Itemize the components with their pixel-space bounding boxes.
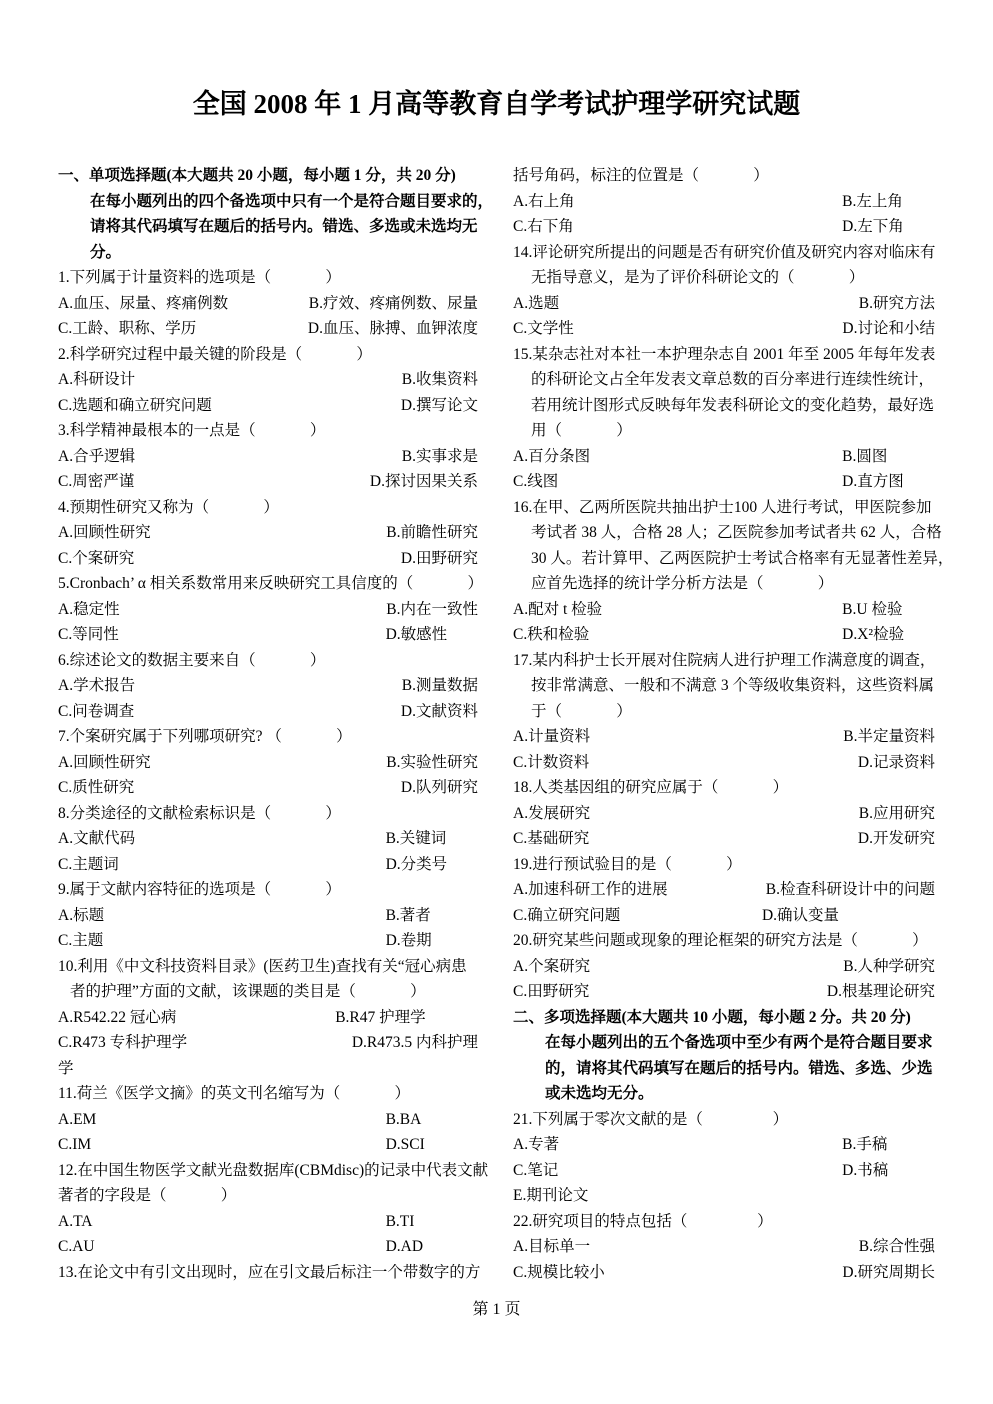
option-b: D.探讨因果关系 — [370, 469, 478, 495]
option-b: D.根基理论研究 — [827, 979, 935, 1005]
option-b: D.确认变量 — [762, 903, 839, 929]
option-a: C.AU — [58, 1234, 95, 1260]
question-stem: 9.属于文献内容特征的选项是（ ） — [58, 877, 478, 903]
option-row: C.R473 专科护理学D.R473.5 内科护理 — [58, 1030, 478, 1056]
instruction-line: 分。 — [58, 240, 478, 266]
question-stem: 5.Cronbach’ α 相关系数常用来反映研究工具信度的（ ） — [58, 571, 478, 597]
option-a: A.目标单一 — [513, 1234, 590, 1260]
question-continuation: 括号角码，标注的位置是（ ） — [513, 163, 935, 189]
option-b: B.应用研究 — [859, 801, 935, 827]
option-row: A.目标单一B.综合性强 — [513, 1234, 935, 1260]
option-row: C.基础研究D.开发研究 — [513, 826, 935, 852]
question-stem: 1.下列属于计量资料的选项是（ ） — [58, 265, 478, 291]
option-b: D.左下角 — [842, 214, 904, 240]
option-b: B.实验性研究 — [386, 750, 478, 776]
option-row: A.R542.22 冠心病B.R47 护理学 — [58, 1005, 478, 1031]
question-continuation: 于（ ） — [513, 699, 935, 725]
option-b: D.血压、脉搏、血钾浓度 — [308, 316, 478, 342]
option-a: C.文学性 — [513, 316, 574, 342]
option-b: B.圆图 — [842, 444, 887, 470]
question-stem: 13.在论文中有引文出现时，应在引文最后标注一个带数字的方 — [58, 1260, 478, 1286]
question-continuation: 者的护理”方面的文献，该课题的类目是（ ） — [58, 979, 478, 1005]
option-a: A.加速科研工作的进展 — [513, 877, 668, 903]
instruction-line: 或未选均无分。 — [513, 1081, 935, 1107]
option-row: C.质性研究D.队列研究 — [58, 775, 478, 801]
question-stem: 2.科学研究过程中最关键的阶段是（ ） — [58, 342, 478, 368]
option-b: B.U 检验 — [842, 597, 902, 623]
question-continuation: 著者的字段是（ ） — [58, 1183, 478, 1209]
option-row: C.周密严谨D.探讨因果关系 — [58, 469, 478, 495]
question-continuation: 若用统计图形式反映每年发表科研论文的变化趋势，最好选 — [513, 393, 935, 419]
question-stem: 19.进行预试验目的是（ ） — [513, 852, 935, 878]
option-a: C.问卷调查 — [58, 699, 134, 725]
option-b: B.手稿 — [842, 1132, 887, 1158]
option-a: C.选题和确立研究问题 — [58, 393, 212, 419]
question-stem: 10.利用《中文科技资料目录》(医药卫生)查找有关“冠心病患 — [58, 954, 478, 980]
option-a: A.配对 t 检验 — [513, 597, 602, 623]
option-a: C.计数资料 — [513, 750, 589, 776]
option-row: C.等同性D.敏感性 — [58, 622, 478, 648]
option-row: A.科研设计B.收集资料 — [58, 367, 478, 393]
option-b: D.撰写论文 — [401, 393, 478, 419]
option-a: A.EM — [58, 1107, 96, 1133]
question-stem: 20.研究某些问题或现象的理论框架的研究方法是（ ） — [513, 928, 935, 954]
option-b: D.分类号 — [386, 852, 448, 878]
question-stem: 21.下列属于零次文献的是（ ） — [513, 1107, 935, 1133]
option-a: A.合乎逻辑 — [58, 444, 135, 470]
question-stem: 6.综述论文的数据主要来自（ ） — [58, 648, 478, 674]
option-a: C.质性研究 — [58, 775, 134, 801]
option-row: C.AUD.AD — [58, 1234, 478, 1260]
option-a: A.右上角 — [513, 189, 575, 215]
option-row: A.EMB.BA — [58, 1107, 478, 1133]
option-a: C.R473 专科护理学 — [58, 1030, 187, 1056]
option-row: C.秩和检验D.X²检验 — [513, 622, 935, 648]
option-b: B.疗效、疼痛例数、尿量 — [309, 291, 478, 317]
option-a: A.百分条图 — [513, 444, 590, 470]
question-continuation: 用（ ） — [513, 418, 935, 444]
option-b: B.前瞻性研究 — [386, 520, 478, 546]
option-b: D.开发研究 — [858, 826, 935, 852]
option-row: A.计量资料B.半定量资料 — [513, 724, 935, 750]
section-header: 二、多项选择题(本大题共 10 小题，每小题 2 分。共 20 分) — [513, 1005, 935, 1031]
option-a: A.血压、尿量、疼痛例数 — [58, 291, 228, 317]
option-b: D.直方图 — [842, 469, 904, 495]
option-b: D.SCI — [386, 1132, 425, 1158]
page-number: 第 1 页 — [0, 1296, 993, 1319]
option-a: A.选题 — [513, 291, 559, 317]
option-row: C.主题D.卷期 — [58, 928, 478, 954]
question-stem: 16.在甲、乙两所医院共抽出护士100 人进行考试，甲医院参加 — [513, 495, 935, 521]
instruction-line: 在每小题列出的五个备选项中至少有两个是符合题目要求 — [513, 1030, 935, 1056]
option-row: A.个案研究B.人种学研究 — [513, 954, 935, 980]
option-row: C.文学性D.讨论和小结 — [513, 316, 935, 342]
option-row: A.配对 t 检验B.U 检验 — [513, 597, 935, 623]
question-continuation: 按非常满意、一般和不满意 3 个等级收集资料，这些资料属 — [513, 673, 935, 699]
option-row: C.选题和确立研究问题D.撰写论文 — [58, 393, 478, 419]
option-a: C.田野研究 — [513, 979, 589, 1005]
option-b: D.X²检验 — [842, 622, 904, 648]
question-stem: 12.在中国生物医学文献光盘数据库(CBMdisc)的记录中代表文献 — [58, 1158, 478, 1184]
option-a: C.秩和检验 — [513, 622, 589, 648]
option-a: A.专著 — [513, 1132, 559, 1158]
option-b: B.人种学研究 — [843, 954, 935, 980]
option-b: D.AD — [386, 1234, 423, 1260]
option-a: A.回顾性研究 — [58, 750, 151, 776]
option-a: C.周密严谨 — [58, 469, 134, 495]
option-b: D.敏感性 — [386, 622, 448, 648]
option-row: C.田野研究D.根基理论研究 — [513, 979, 935, 1005]
option-a: C.基础研究 — [513, 826, 589, 852]
option-row: C.IMD.SCI — [58, 1132, 478, 1158]
option-a: A.回顾性研究 — [58, 520, 151, 546]
option-row: C.线图D.直方图 — [513, 469, 935, 495]
question-stem: 22.研究项目的特点包括（ ） — [513, 1209, 935, 1235]
option-a: A.学术报告 — [58, 673, 135, 699]
option-a: C.笔记 — [513, 1158, 558, 1184]
instruction-line: 的，请将其代码填写在题后的括号内。错选、多选、少选 — [513, 1056, 935, 1082]
option-row: C.右下角D.左下角 — [513, 214, 935, 240]
option-b: B.著者 — [386, 903, 431, 929]
question-continuation: 考试者 38 人，合格 28 人；乙医院参加考试者共 62 人，合格 — [513, 520, 935, 546]
question-continuation: 学 — [58, 1056, 478, 1082]
option-row: A.专著B.手稿 — [513, 1132, 935, 1158]
option-b: D.文献资料 — [401, 699, 478, 725]
option-a: A.R542.22 冠心病 — [58, 1005, 176, 1031]
question-stem: 18.人类基因组的研究应属于（ ） — [513, 775, 935, 801]
option-a: C.主题词 — [58, 852, 119, 878]
question-continuation: 应首先选择的统计学分析方法是（ ） — [513, 571, 935, 597]
option-row: C.计数资料D.记录资料 — [513, 750, 935, 776]
option-row: C.规模比较小D.研究周期长 — [513, 1260, 935, 1286]
section-header: 一、单项选择题(本大题共 20 小题，每小题 1 分，共 20 分) — [58, 163, 478, 189]
option-row: A.合乎逻辑B.实事求是 — [58, 444, 478, 470]
option-row: A.回顾性研究B.实验性研究 — [58, 750, 478, 776]
option-b: B.TI — [386, 1209, 415, 1235]
option-row: A.TAB.TI — [58, 1209, 478, 1235]
option-b: D.田野研究 — [401, 546, 478, 572]
question-stem: 14.评论研究所提出的问题是否有研究价值及研究内容对临床有 — [513, 240, 935, 266]
option-row: C.工龄、职称、学历D.血压、脉搏、血钾浓度 — [58, 316, 478, 342]
option-single: E.期刊论文 — [513, 1183, 588, 1209]
question-stem: 3.科学精神最根本的一点是（ ） — [58, 418, 478, 444]
question-stem: 17.某内科护士长开展对住院病人进行护理工作满意度的调查， — [513, 648, 935, 674]
option-b: D.记录资料 — [858, 750, 935, 776]
option-a: A.计量资料 — [513, 724, 590, 750]
option-b: B.左上角 — [842, 189, 903, 215]
option-row: A.加速科研工作的进展B.检查科研设计中的问题 — [513, 877, 935, 903]
option-row: A.右上角B.左上角 — [513, 189, 935, 215]
question-continuation: 的科研论文占全年发表文章总数的百分率进行连续性统计， — [513, 367, 935, 393]
option-a: A.个案研究 — [513, 954, 590, 980]
option-b: D.讨论和小结 — [842, 316, 935, 342]
instruction-line: 请将其代码填写在题后的括号内。错选、多选或未选均无 — [58, 214, 478, 240]
option-b: B.研究方法 — [859, 291, 935, 317]
option-a: C.工龄、职称、学历 — [58, 316, 196, 342]
option-b: D.队列研究 — [401, 775, 478, 801]
option-a: C.个案研究 — [58, 546, 134, 572]
left-column: 一、单项选择题(本大题共 20 小题，每小题 1 分，共 20 分)在每小题列出… — [58, 163, 478, 1285]
option-a: C.规模比较小 — [513, 1260, 605, 1286]
instruction-line: 在每小题列出的四个备选项中只有一个是符合题目要求的， — [58, 189, 478, 215]
question-stem: 8.分类途径的文献检索标识是（ ） — [58, 801, 478, 827]
option-a: C.右下角 — [513, 214, 574, 240]
page-title: 全国 2008 年 1 月高等教育自学考试护理学研究试题 — [0, 82, 993, 121]
option-a: C.主题 — [58, 928, 103, 954]
option-a: A.发展研究 — [513, 801, 590, 827]
option-row: A.文献代码B.关键词 — [58, 826, 478, 852]
option-row: A.学术报告B.测量数据 — [58, 673, 478, 699]
option-row: C.个案研究D.田野研究 — [58, 546, 478, 572]
option-row: C.确立研究问题D.确认变量 — [513, 903, 935, 929]
option-b: D.R473.5 内科护理 — [352, 1030, 478, 1056]
option-b: D.卷期 — [386, 928, 432, 954]
option-row: C.笔记D.书稿 — [513, 1158, 935, 1184]
option-b: D.书稿 — [842, 1158, 888, 1184]
question-stem: 11.荷兰《医学文摘》的英文刊名缩写为（ ） — [58, 1081, 478, 1107]
option-a: C.线图 — [513, 469, 558, 495]
option-b: B.实事求是 — [402, 444, 478, 470]
two-column-body: 一、单项选择题(本大题共 20 小题，每小题 1 分，共 20 分)在每小题列出… — [58, 163, 935, 1285]
option-b: B.测量数据 — [402, 673, 478, 699]
option-row: A.发展研究B.应用研究 — [513, 801, 935, 827]
option-a: C.等同性 — [58, 622, 119, 648]
option-b: B.检查科研设计中的问题 — [766, 877, 935, 903]
question-stem: 7.个案研究属于下列哪项研究? （ ） — [58, 724, 478, 750]
option-row: A.稳定性B.内在一致性 — [58, 597, 478, 623]
option-b: B.半定量资料 — [843, 724, 935, 750]
option-a: A.稳定性 — [58, 597, 120, 623]
option-b: D.研究周期长 — [842, 1260, 935, 1286]
option-b: B.收集资料 — [402, 367, 478, 393]
option-a: C.IM — [58, 1132, 91, 1158]
question-continuation: 30 人。若计算甲、乙两医院护士考试合格率有无显著性差异， — [513, 546, 935, 572]
option-row: A.标题B.著者 — [58, 903, 478, 929]
option-row: A.选题B.研究方法 — [513, 291, 935, 317]
exam-paper-page: 全国 2008 年 1 月高等教育自学考试护理学研究试题 一、单项选择题(本大题… — [0, 0, 993, 1404]
question-stem: 15.某杂志社对本社一本护理杂志自 2001 年至 2005 年每年发表 — [513, 342, 935, 368]
option-a: A.科研设计 — [58, 367, 135, 393]
option-row: C.问卷调查D.文献资料 — [58, 699, 478, 725]
option-b: B.R47 护理学 — [335, 1005, 425, 1031]
option-b: B.关键词 — [386, 826, 447, 852]
option-a: A.标题 — [58, 903, 104, 929]
option-b: B.BA — [386, 1107, 422, 1133]
option-b: B.综合性强 — [859, 1234, 935, 1260]
option-a: C.确立研究问题 — [513, 903, 620, 929]
question-continuation: 无指导意义，是为了评价科研论文的（ ） — [513, 265, 935, 291]
right-column: 括号角码，标注的位置是（ ）A.右上角B.左上角C.右下角D.左下角14.评论研… — [513, 163, 935, 1285]
option-a: A.文献代码 — [58, 826, 135, 852]
option-b: B.内在一致性 — [386, 597, 478, 623]
option-row: A.百分条图B.圆图 — [513, 444, 935, 470]
option-row: A.血压、尿量、疼痛例数B.疗效、疼痛例数、尿量 — [58, 291, 478, 317]
option-a: A.TA — [58, 1209, 93, 1235]
option-row: C.主题词D.分类号 — [58, 852, 478, 878]
option-row: E.期刊论文 — [513, 1183, 935, 1209]
option-row: A.回顾性研究B.前瞻性研究 — [58, 520, 478, 546]
question-stem: 4.预期性研究又称为（ ） — [58, 495, 478, 521]
